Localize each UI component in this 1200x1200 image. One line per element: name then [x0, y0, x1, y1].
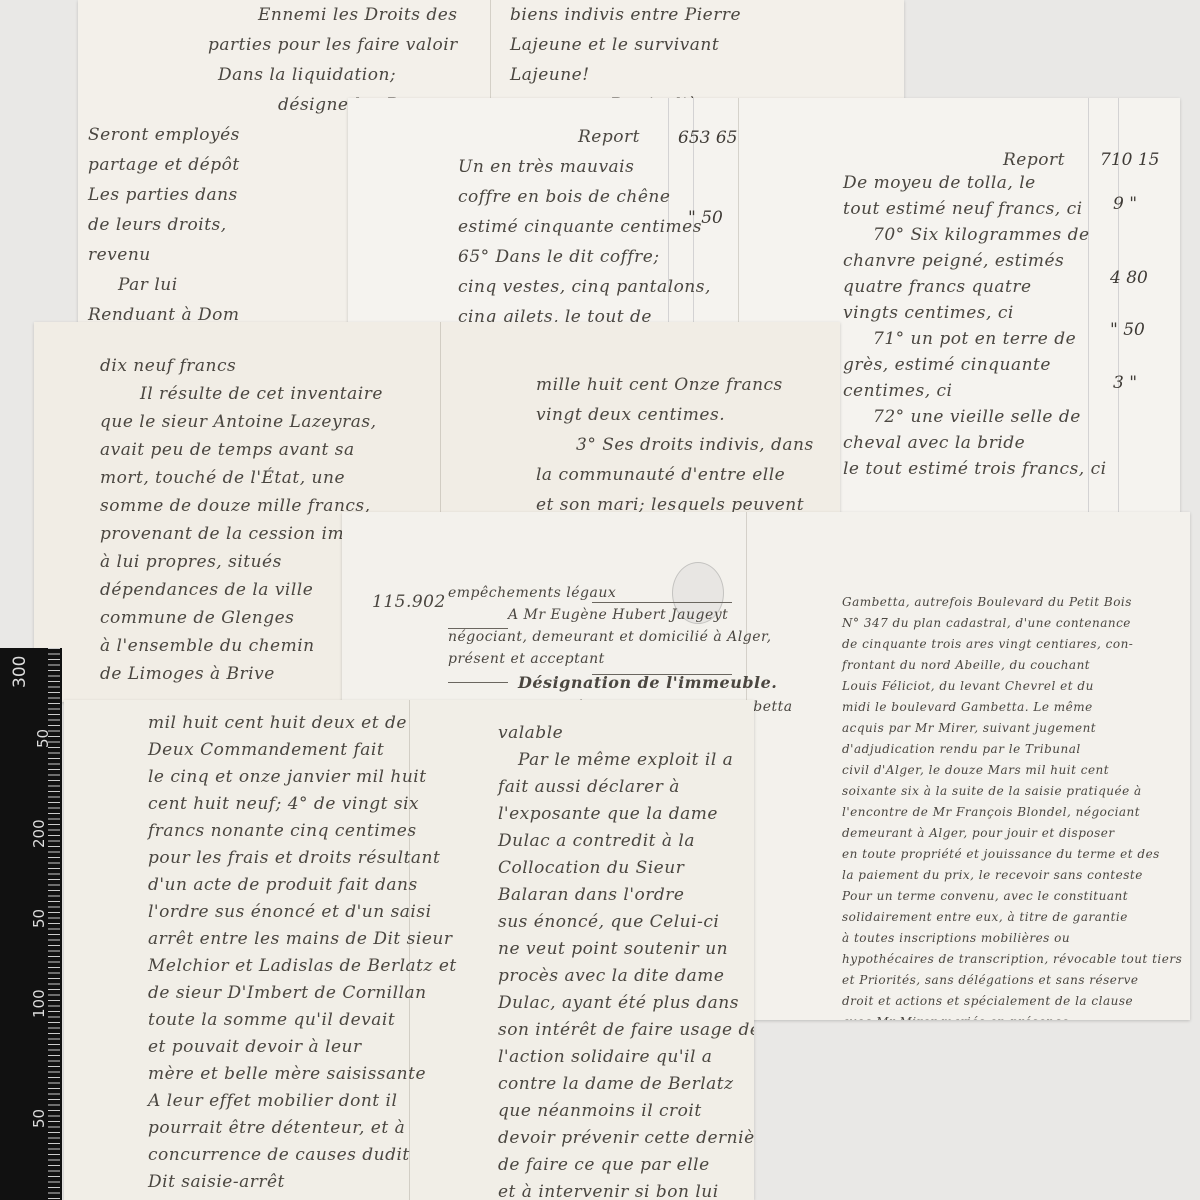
handwritten-line: la paiement du prix, le recevoir sans co…: [842, 865, 1182, 886]
handwritten-line: parties pour les faire valoir: [178, 30, 479, 60]
handwritten-line: valable: [498, 720, 754, 747]
handwritten-line: et Priorités, sans délégations et sans r…: [842, 970, 1182, 991]
handwritten-line: procès avec la dite dame: [498, 963, 754, 990]
handwritten-line: cheval avec la bride: [843, 430, 1107, 456]
handwritten-line: Melchior et Ladislas de Berlatz et: [148, 953, 457, 980]
handwritten-line: mille huit cent Onze francs: [536, 370, 814, 400]
handwritten-line: son intérêt de faire usage de: [498, 1017, 754, 1044]
rule-line: [592, 674, 732, 675]
handwritten-line: coffre en bois de chêne: [458, 182, 711, 212]
handwritten-line: Seront employés: [88, 120, 240, 150]
handwritten-line: Dulac, ayant été plus dans: [498, 990, 754, 1017]
handwritten-line: mère et belle mère saisissante: [148, 1061, 457, 1088]
handwritten-line: et à intervenir si bon lui: [498, 1179, 754, 1200]
handwritten-line: l'action solidaire qu'il a: [498, 1044, 754, 1071]
handwritten-line: 71° un pot en terre de: [843, 326, 1107, 352]
handwritten-line: 65° Dans le dit coffre;: [458, 242, 711, 272]
handwritten-line: N° 347 du plan cadastral, d'une contenan…: [842, 613, 1182, 634]
handwritten-line: centimes, ci: [843, 378, 1107, 404]
handwritten-line: solidairement entre eux, à titre de gara…: [842, 907, 1182, 928]
handwritten-line: Il résulte de cet inventaire: [100, 380, 430, 408]
handwritten-line: Collocation du Sieur: [498, 855, 754, 882]
handwritten-line: 72° une vieille selle de: [843, 404, 1107, 430]
handwritten-line: de sieur D'Imbert de Cornillan: [148, 980, 457, 1007]
rule-line: [448, 628, 508, 629]
handwritten-line: Les parties dans: [88, 180, 240, 210]
item-amount: 9 ": [1113, 194, 1137, 214]
handwritten-line: la communauté d'entre elle: [536, 460, 814, 490]
item-amount: " 50: [1110, 320, 1145, 340]
handwritten-line: contre la dame de Berlatz: [498, 1071, 754, 1098]
handwritten-line: le cinq et onze janvier mil huit: [148, 764, 457, 791]
handwritten-line: Pour un terme convenu, avec le constitua…: [842, 886, 1182, 907]
handwritten-line: Dulac a contredit à la: [498, 828, 754, 855]
handwritten-line: l'ordre sus énoncé et d'un saisi: [148, 899, 457, 926]
handwritten-line: chanvre peigné, estimés: [843, 248, 1107, 274]
ruler-label: 100: [30, 989, 48, 1018]
handwritten-line: Ennemi les Droits des: [178, 0, 479, 30]
item-amount: " 50: [688, 208, 723, 228]
report-header: Report: [843, 150, 1107, 170]
report-amount: 710 15: [1100, 150, 1159, 170]
margin-note: 115.902: [372, 592, 446, 612]
handwritten-line: vingts centimes, ci: [843, 300, 1107, 326]
handwritten-line: en toute propriété et jouissance du term…: [842, 844, 1182, 865]
handwritten-line: cent huit neuf; 4° de vingt six: [148, 791, 457, 818]
handwritten-line: d'adjudication rendu par le Tribunal: [842, 739, 1182, 760]
handwritten-line: mort, touché de l'État, une: [100, 464, 430, 492]
handwritten-line: Gambetta, autrefois Boulevard du Petit B…: [842, 592, 1182, 613]
handwritten-line: présent et acceptant: [448, 648, 793, 670]
handwritten-line: avec Mr Mirer mariés en présence: [842, 1012, 1182, 1020]
text-block: Seront employés partage et dépôt Les par…: [88, 120, 240, 330]
document-bottom-left: mil huit cent huit deux et de Deux Comma…: [64, 700, 754, 1200]
report-header: Report: [458, 122, 711, 152]
handwritten-line: Par le même exploit il a: [498, 747, 754, 774]
handwritten-line: empêchements légaux: [448, 582, 793, 604]
handwritten-line: estimé cinquante centimes: [458, 212, 711, 242]
handwritten-line: Deux Commandement fait: [148, 737, 457, 764]
handwritten-line: partage et dépôt: [88, 150, 240, 180]
bottom-left-text: mil huit cent huit deux et de Deux Comma…: [148, 710, 457, 1196]
handwritten-line: ne veut point soutenir un: [498, 936, 754, 963]
handwritten-line: biens indivis entre Pierre: [510, 0, 763, 30]
handwritten-line: pourrait être détenteur, et à: [148, 1115, 457, 1142]
handwritten-line: devoir prévenir cette dernière: [498, 1125, 754, 1152]
handwritten-line: hypothécaires de transcription, révocabl…: [842, 949, 1182, 970]
handwritten-line: arrêt entre les mains de Dit sieur: [148, 926, 457, 953]
handwritten-line: Un en très mauvais: [458, 152, 711, 182]
handwritten-line: grès, estimé cinquante: [843, 352, 1107, 378]
handwritten-line: à toutes inscriptions mobilières ou: [842, 928, 1182, 949]
handwritten-line: A Mr Eugène Hubert Jaugeyt: [448, 604, 793, 626]
ruler-label: 50: [30, 909, 48, 928]
handwritten-line: Dans la liquidation;: [178, 60, 479, 90]
handwritten-line: droit et actions et spécialement de la c…: [842, 991, 1182, 1012]
handwritten-line: De moyeu de tolla, le: [843, 170, 1107, 196]
handwritten-line: sus énoncé, que Celui-ci: [498, 909, 754, 936]
handwritten-line: cinq vestes, cinq pantalons,: [458, 272, 711, 302]
handwritten-line: A leur effet mobilier dont il: [148, 1088, 457, 1115]
handwritten-line: l'encontre de Mr François Blondel, négoc…: [842, 802, 1182, 823]
handwritten-line: frontant du nord Abeille, du couchant: [842, 655, 1182, 676]
handwritten-line: que néanmoins il croit: [498, 1098, 754, 1125]
handwritten-line: dix neuf francs: [100, 352, 430, 380]
handwritten-line: de faire ce que par elle: [498, 1152, 754, 1179]
handwritten-line: francs nonante cinq centimes: [148, 818, 457, 845]
handwritten-line: vingt deux centimes.: [536, 400, 814, 430]
handwritten-line: mil huit cent huit deux et de: [148, 710, 457, 737]
handwritten-line: le tout estimé trois francs, ci: [843, 456, 1107, 482]
handwritten-line: soixante six à la suite de la saisie pra…: [842, 781, 1182, 802]
handwritten-line: quatre francs quatre: [843, 274, 1107, 300]
handwritten-line: revenu: [88, 240, 240, 270]
handwritten-line: d'un acte de produit fait dans: [148, 872, 457, 899]
handwritten-line: pour les frais et droits résultant: [148, 845, 457, 872]
ruler-label: 300: [10, 656, 30, 688]
handwritten-line: Lajeune et le survivant: [510, 30, 763, 60]
handwritten-line: tout estimé neuf francs, ci: [843, 196, 1107, 222]
inventory-right-text: Report De moyeu de tolla, le tout estimé…: [843, 150, 1107, 482]
handwritten-line: Louis Féliciot, du levant Chevrel et du: [842, 676, 1182, 697]
handwritten-line: et pouvait devoir à leur: [148, 1034, 457, 1061]
handwritten-line: avait peu de temps avant sa: [100, 436, 430, 464]
rule-line: [592, 602, 732, 603]
handwritten-line: toute la somme qu'il devait: [148, 1007, 457, 1034]
measuring-ruler: 300 50 200 50 100 50: [0, 648, 62, 1200]
handwritten-line: concurrence de causes dudit: [148, 1142, 457, 1169]
handwritten-line: l'exposante que la dame: [498, 801, 754, 828]
handwritten-line: Lajeune!: [510, 60, 763, 90]
deed-right-text: Gambetta, autrefois Boulevard du Petit B…: [842, 592, 1182, 1020]
handwritten-line: fait aussi déclarer à: [498, 774, 754, 801]
ruler-label: 50: [30, 1109, 48, 1128]
handwritten-line: acquis par Mr Mirer, suivant jugement: [842, 718, 1182, 739]
handwritten-line: Par lui: [88, 270, 240, 300]
handwritten-line: 70° Six kilogrammes de: [843, 222, 1107, 248]
rule-line: [448, 682, 508, 683]
report-amount: 653 65: [678, 128, 737, 148]
handwritten-line: demeurant à Alger, pour jouir et dispose…: [842, 823, 1182, 844]
ruler-label: 200: [30, 819, 48, 848]
handwritten-line: 3° Ses droits indivis, dans: [536, 430, 814, 460]
handwritten-line: Balaran dans l'ordre: [498, 882, 754, 909]
handwritten-line: de leurs droits,: [88, 210, 240, 240]
handwritten-line: que le sieur Antoine Lazeyras,: [100, 408, 430, 436]
bottom-right-text: valable Par le même exploit il a fait au…: [498, 720, 754, 1200]
handwritten-line: midi le boulevard Gambetta. Le même: [842, 697, 1182, 718]
handwritten-line: Dit saisie-arrêt: [148, 1169, 457, 1196]
handwritten-line: négociant, demeurant et domicilié à Alge…: [448, 626, 793, 648]
handwritten-line: civil d'Alger, le douze Mars mil huit ce…: [842, 760, 1182, 781]
item-amount: 3 ": [1113, 373, 1137, 393]
item-amount: 4 80: [1110, 268, 1148, 288]
ruler-label: 50: [34, 729, 52, 748]
handwritten-line: de cinquante trois ares vingt centiares,…: [842, 634, 1182, 655]
